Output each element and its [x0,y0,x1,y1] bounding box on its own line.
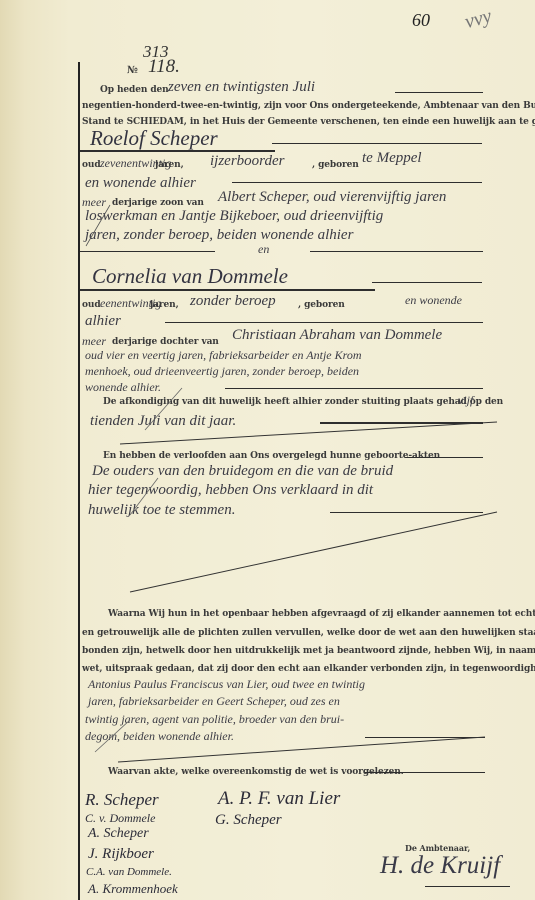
groom-parents-line-1: Albert Scheper, oud vierenvijftig jaren [218,189,446,206]
fill-rule [165,322,483,323]
witnesses-line-1: Antonius Paulus Franciscus van Lier, oud… [88,677,365,692]
left-margin-border [78,62,80,900]
cancellation-strokes [0,0,535,900]
witnesses-line-2: jaren, fabrieksarbeider en Geert Scheper… [88,694,340,709]
signature-bride: C. v. Dommele [85,811,155,826]
bride-parents-line-1: Christiaan Abraham van Dommele [232,327,442,344]
witnesses-line-3: twintig jaren, agent van politie, broede… [85,712,344,727]
signature-bride-mother: A. Krommenhoek [88,881,178,897]
signature-groom-mother: J. Rijkboer [88,846,154,863]
name-underline [80,150,275,152]
proclamation-text: De afkondiging van dit huwelijk heeft al… [103,397,503,407]
page-number: 60 [412,10,430,31]
fill-rule [310,251,483,252]
fill-rule [80,251,215,252]
act-number-label: № [127,65,138,76]
consent-line-1: De ouders van den bruidegom en die van d… [92,463,393,480]
groom-jaren-label: jaren, [155,160,184,170]
consent-line-3: huwelijk toe te stemmen. [88,502,235,519]
ceremony-line-2: en getrouwelijk alle de plichten zullen … [82,628,535,638]
signature-groom-father: A. Scheper [88,826,149,842]
groom-parents-line-3: jaren, zonder beroep, beiden wonende alh… [85,227,353,244]
signature-witness-1: A. P. F. van Lier [218,788,340,810]
fill-rule [405,457,483,458]
marriage-date: zeven en twintigsten Juli [168,79,315,96]
header-line-2: negentien-honderd-twee-en-twintig, zijn … [82,101,535,111]
proclamation-date-1: vijf [458,393,473,408]
fill-rule [272,143,482,144]
bride-residence: alhier [85,313,121,330]
bride-name: Cornelia van Dommele [92,264,288,289]
fill-rule [225,388,483,389]
ceremony-line-1: Waarna Wij hun in het openbaar hebben af… [108,609,535,619]
birth-certificates-text: En hebben de verloofden aan Ons overgele… [103,451,440,461]
fill-rule [365,737,485,738]
page-mark: vvy [462,5,494,34]
consent-line-2: hier tegenwoordig, hebben Ons verklaard … [88,482,373,499]
bride-parents-line-4: wonende alhier. [85,380,161,395]
bride-geboren-label: , geboren [298,300,345,310]
act-number-bottom: 118. [148,56,180,78]
signature-bride-father: C.A. van Dommele. [86,866,172,878]
ceremony-line-4: wet, uitspraak gedaan, dat zij door den … [82,664,535,674]
bride-occupation: zonder beroep [190,293,276,310]
bride-jaren-label: jaren, [150,300,179,310]
bride-parents-line-2: oud vier en veertig jaren, fabrieksarbei… [85,348,362,363]
signature-line [425,886,510,887]
groom-birthplace: te Meppel [362,150,422,167]
closing-text: Waarvan akte, welke overeenkomstig de we… [108,767,404,777]
ceremony-line-3: bonden zijn, hetwelk door hen uitdrukkel… [82,646,535,656]
fill-rule [372,282,482,283]
groom-geboren-label: , geboren [312,160,359,170]
fill-rule [395,92,483,93]
witnesses-line-4: degom, beiden wonende alhier. [85,729,234,744]
bride-birthplace: en wonende [405,293,462,308]
bride-parents-line-3: menhoek, oud drieenveertig jaren, zonder… [85,364,359,379]
groom-residence: en wonende alhier [85,175,196,192]
fill-rule [365,772,485,773]
bride-oud-label: oud [82,300,101,310]
signature-groom: R. Scheper [85,790,159,810]
groom-oud-label: oud [82,160,101,170]
signature-witness-2: G. Scheper [215,812,282,829]
fill-rule [232,182,482,183]
fill-rule [330,512,483,513]
fill-rule [320,422,483,424]
groom-parents-line-2: loswerkman en Jantje Bijkeboer, oud drie… [85,208,383,225]
groom-derjarige-label: derjarige zoon van [112,198,204,208]
proclamation-date-2: tienden Juli van dit jaar. [90,413,236,430]
bride-majority: meer [82,334,106,349]
groom-occupation: ijzerboorder [210,153,284,170]
name-underline [80,289,375,291]
official-signature: H. de Kruijf [380,852,500,880]
connector-en: en [258,242,269,257]
bride-derjarige-label: derjarige dochter van [112,337,219,347]
header-prefix: Op heden den [100,85,169,95]
groom-name: Roelof Scheper [90,126,218,151]
